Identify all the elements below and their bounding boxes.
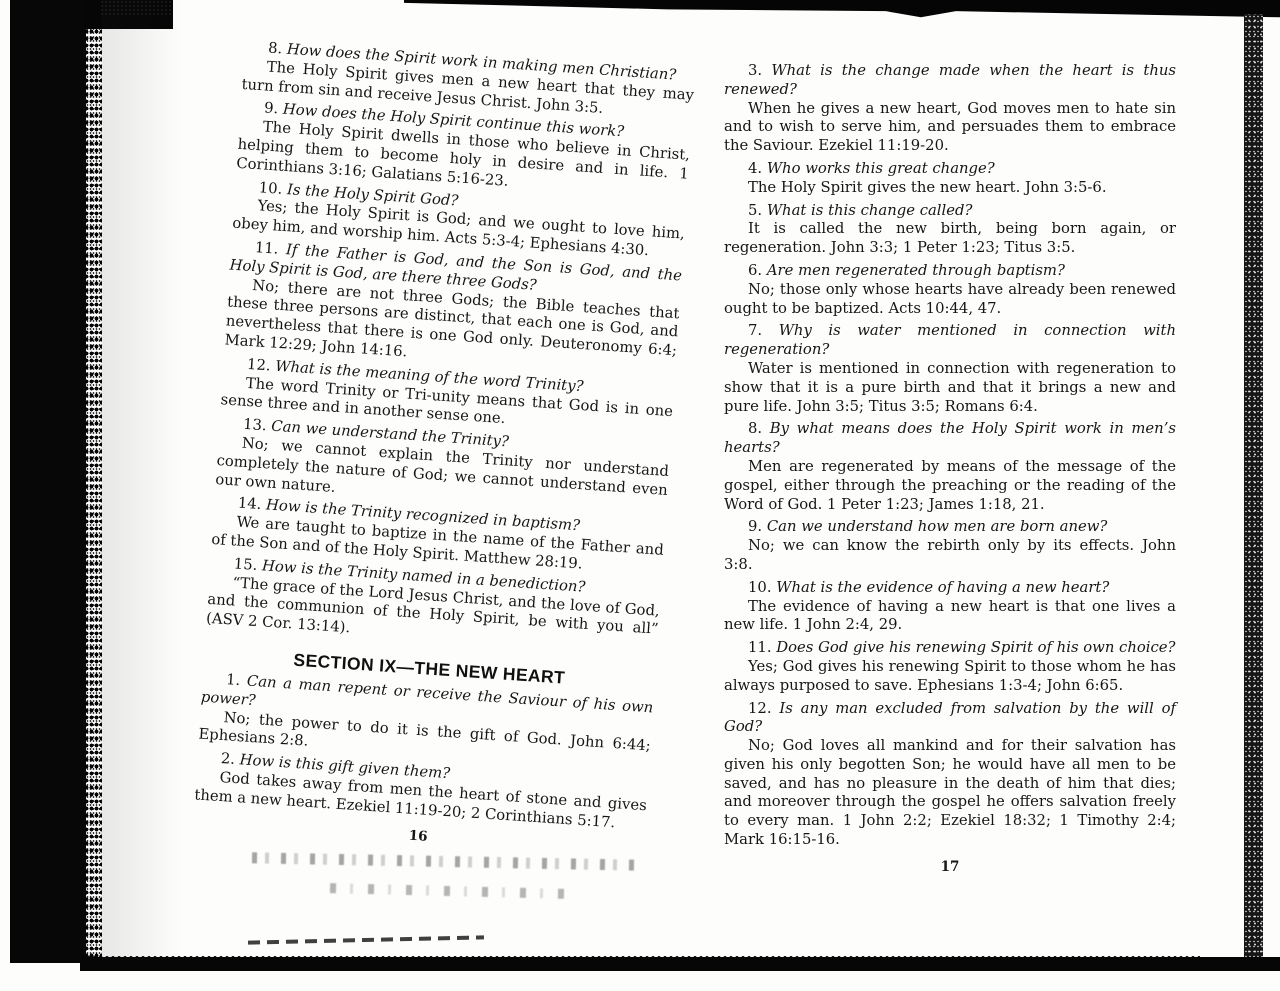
question-text: Can we understand how men are born anew?: [767, 518, 1108, 535]
question-number: 13.: [243, 416, 268, 435]
question-text: Are men regenerated through baptism?: [767, 262, 1065, 279]
qa-question: 12. Is any man excluded from salvation b…: [724, 700, 1176, 738]
question-number: 1.: [226, 671, 241, 689]
qa-question: 4. Who works this great change?: [724, 160, 1176, 179]
question-text: What is the evidence of having a new hea…: [776, 579, 1109, 596]
scan-smudge: [330, 883, 566, 899]
question-number: 11.: [254, 239, 279, 258]
question-text: What is the change made when the heart i…: [724, 62, 1176, 98]
qa-answer: When he gives a new heart, God moves men…: [724, 100, 1176, 156]
question-number: 8.: [268, 40, 283, 58]
question-number: 6.: [748, 262, 762, 279]
qa-question: 11. Does God give his renewing Spirit of…: [724, 639, 1176, 658]
scan-edge-right-strip: [1244, 14, 1263, 960]
qa-question: 9. Can we understand how men are born an…: [724, 518, 1176, 537]
question-text: Does God give his renewing Spirit of his…: [776, 639, 1175, 656]
question-number: 9.: [748, 518, 762, 535]
left-page: 8. How does the Spirit work in making me…: [192, 34, 696, 860]
question-number: 14.: [237, 495, 262, 514]
question-number: 15.: [233, 555, 258, 574]
question-text: What is this change called?: [767, 202, 973, 219]
qa-question: 6. Are men regenerated through baptism?: [724, 262, 1176, 281]
question-number: 9.: [264, 100, 279, 118]
qa-answer: The Holy Spirit gives the new heart. Joh…: [724, 179, 1176, 198]
question-number: 11.: [748, 639, 772, 656]
qa-answer: No; God loves all mankind and for their …: [724, 737, 1176, 850]
question-number: 10.: [748, 579, 772, 596]
question-number: 3.: [748, 62, 762, 79]
question-number: 5.: [748, 202, 762, 219]
page-gutter-shadow: [102, 0, 182, 960]
qa-answer: Water is mentioned in connection with re…: [724, 360, 1176, 416]
scan-smudge-dashes: [248, 935, 484, 944]
qa-question: 7. Why is water mentioned in connection …: [724, 322, 1176, 360]
qa-list-section8: 8. How does the Spirit work in making me…: [206, 38, 696, 659]
qa-answer: Yes; God gives his renewing Spirit to th…: [724, 658, 1176, 696]
question-number: 7.: [748, 322, 762, 339]
scan-edge-left-bar-noise: [84, 0, 102, 963]
qa-list-section9: 1. Can a man repent or receive the Savio…: [194, 670, 654, 835]
scan-edge-left-bar: [10, 0, 86, 963]
question-text: Why is water mentioned in connection wit…: [724, 322, 1176, 358]
question-text: By what means does the Holy Spirit work …: [724, 420, 1176, 456]
qa-question: 10. What is the evidence of having a new…: [724, 579, 1176, 598]
qa-question: 8. By what means does the Holy Spirit wo…: [724, 420, 1176, 458]
scanned-book-spread: { "colors": { "ink": "#161616", "paper":…: [0, 0, 1280, 991]
qa-question: 5. What is this change called?: [724, 202, 1176, 221]
question-number: 10.: [258, 179, 283, 198]
question-number: 4.: [748, 160, 762, 177]
qa-answer: Men are regenerated by means of the mess…: [724, 458, 1176, 514]
question-number: 12.: [247, 356, 272, 375]
question-number: 12.: [748, 700, 772, 717]
question-number: 8.: [748, 420, 762, 437]
page-number-right: 17: [724, 859, 1176, 875]
qa-list-section9-continued: 3. What is the change made when the hear…: [724, 62, 1176, 850]
right-page: 3. What is the change made when the hear…: [724, 58, 1176, 875]
qa-question: 3. What is the change made when the hear…: [724, 62, 1176, 100]
qa-answer: The evidence of having a new heart is th…: [724, 598, 1176, 636]
scan-edge-bottom-texture: [80, 955, 1200, 961]
question-number: 2.: [220, 750, 235, 768]
qa-answer: No; those only whose hearts have already…: [724, 281, 1176, 319]
qa-answer: It is called the new birth, being born a…: [724, 220, 1176, 258]
qa-answer: No; we can know the rebirth only by its …: [724, 537, 1176, 575]
question-text: Is any man excluded from salvation by th…: [724, 700, 1176, 736]
question-text: Who works this great change?: [767, 160, 995, 177]
scan-edge-top-wedge: [404, 0, 1280, 18]
